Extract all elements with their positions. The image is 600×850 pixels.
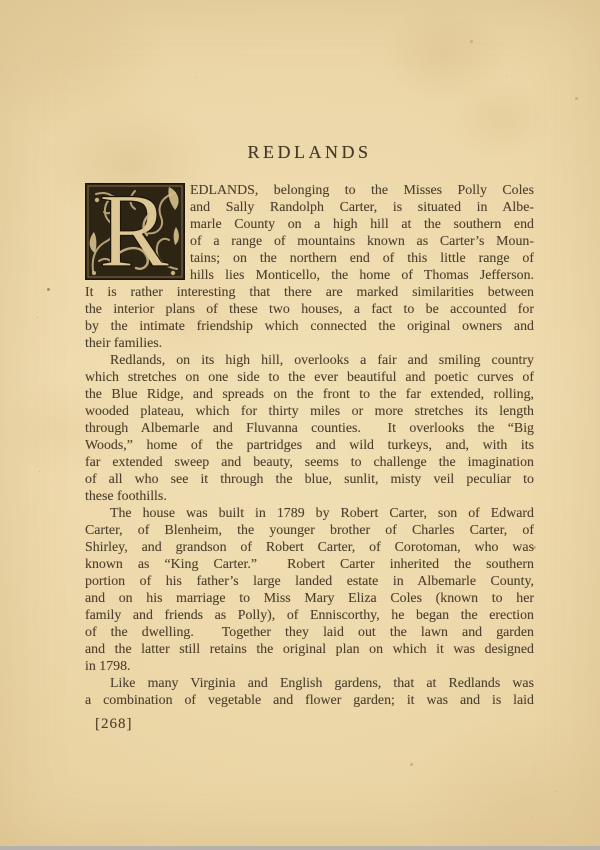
text-line: portion of his father’s large landed est… bbox=[85, 573, 534, 590]
text-line: It is rather interesting that there are … bbox=[85, 284, 534, 301]
text-line: Like many Virginia and English gardens, … bbox=[85, 675, 534, 692]
text-block: R EDLANDS, belonging to the Misses Polly… bbox=[85, 182, 534, 709]
text-line: which stretches on one side to the ever … bbox=[85, 369, 534, 386]
text-line: and the latter still retains the origina… bbox=[85, 641, 534, 658]
text-line: a combination of vegetable and flower ga… bbox=[85, 692, 534, 709]
paragraph: Like many Virginia and English gardens, … bbox=[85, 675, 534, 709]
text-line: of all who see it through the blue, sunl… bbox=[85, 471, 534, 488]
paragraph: The house was built in 1789 by Robert Ca… bbox=[85, 505, 534, 675]
text-line: Carter, of Blenheim, the younger brother… bbox=[85, 522, 534, 539]
text-line: of the dwelling. Together they laid out … bbox=[85, 624, 534, 641]
book-page: REDLANDS bbox=[0, 0, 600, 850]
text-line: by the intimate friendship which connect… bbox=[85, 318, 534, 335]
text-line: the interior plans of these two houses, … bbox=[85, 301, 534, 318]
text-line: through Albemarle and Fluvanna counties.… bbox=[85, 420, 534, 437]
text-line: their families. bbox=[85, 335, 534, 352]
dropcap-letter: R bbox=[99, 183, 170, 280]
text-line: known as “King Carter.” Robert Carter in… bbox=[85, 556, 534, 573]
page-number: [268] bbox=[85, 716, 534, 733]
paragraph: Redlands, on its high hill, overlooks a … bbox=[85, 352, 534, 505]
text-line: in 1798. bbox=[85, 658, 534, 675]
scan-edge-strip bbox=[0, 846, 600, 850]
text-line: wooded plateau, which for thirty miles o… bbox=[85, 403, 534, 420]
dropcap-initial: R bbox=[85, 183, 185, 280]
text-line: The house was built in 1789 by Robert Ca… bbox=[85, 505, 534, 522]
page-content: REDLANDS bbox=[85, 143, 534, 733]
text-line: Woods,” home of the partridges and wild … bbox=[85, 437, 534, 454]
text-line: Shirley, and grandson of Robert Carter, … bbox=[85, 539, 534, 556]
text-line: Redlands, on its high hill, overlooks a … bbox=[85, 352, 534, 369]
text-line: the Blue Ridge, and spreads on the front… bbox=[85, 386, 534, 403]
text-line: family and friends as Polly), of Ennisco… bbox=[85, 607, 534, 624]
ornate-initial-icon: R bbox=[85, 183, 185, 280]
page-title: REDLANDS bbox=[85, 143, 534, 161]
text-line: far extended sweep and beauty, seems to … bbox=[85, 454, 534, 471]
text-line: and on his marriage to Miss Mary Eliza C… bbox=[85, 590, 534, 607]
text-line: these foothills. bbox=[85, 488, 534, 505]
